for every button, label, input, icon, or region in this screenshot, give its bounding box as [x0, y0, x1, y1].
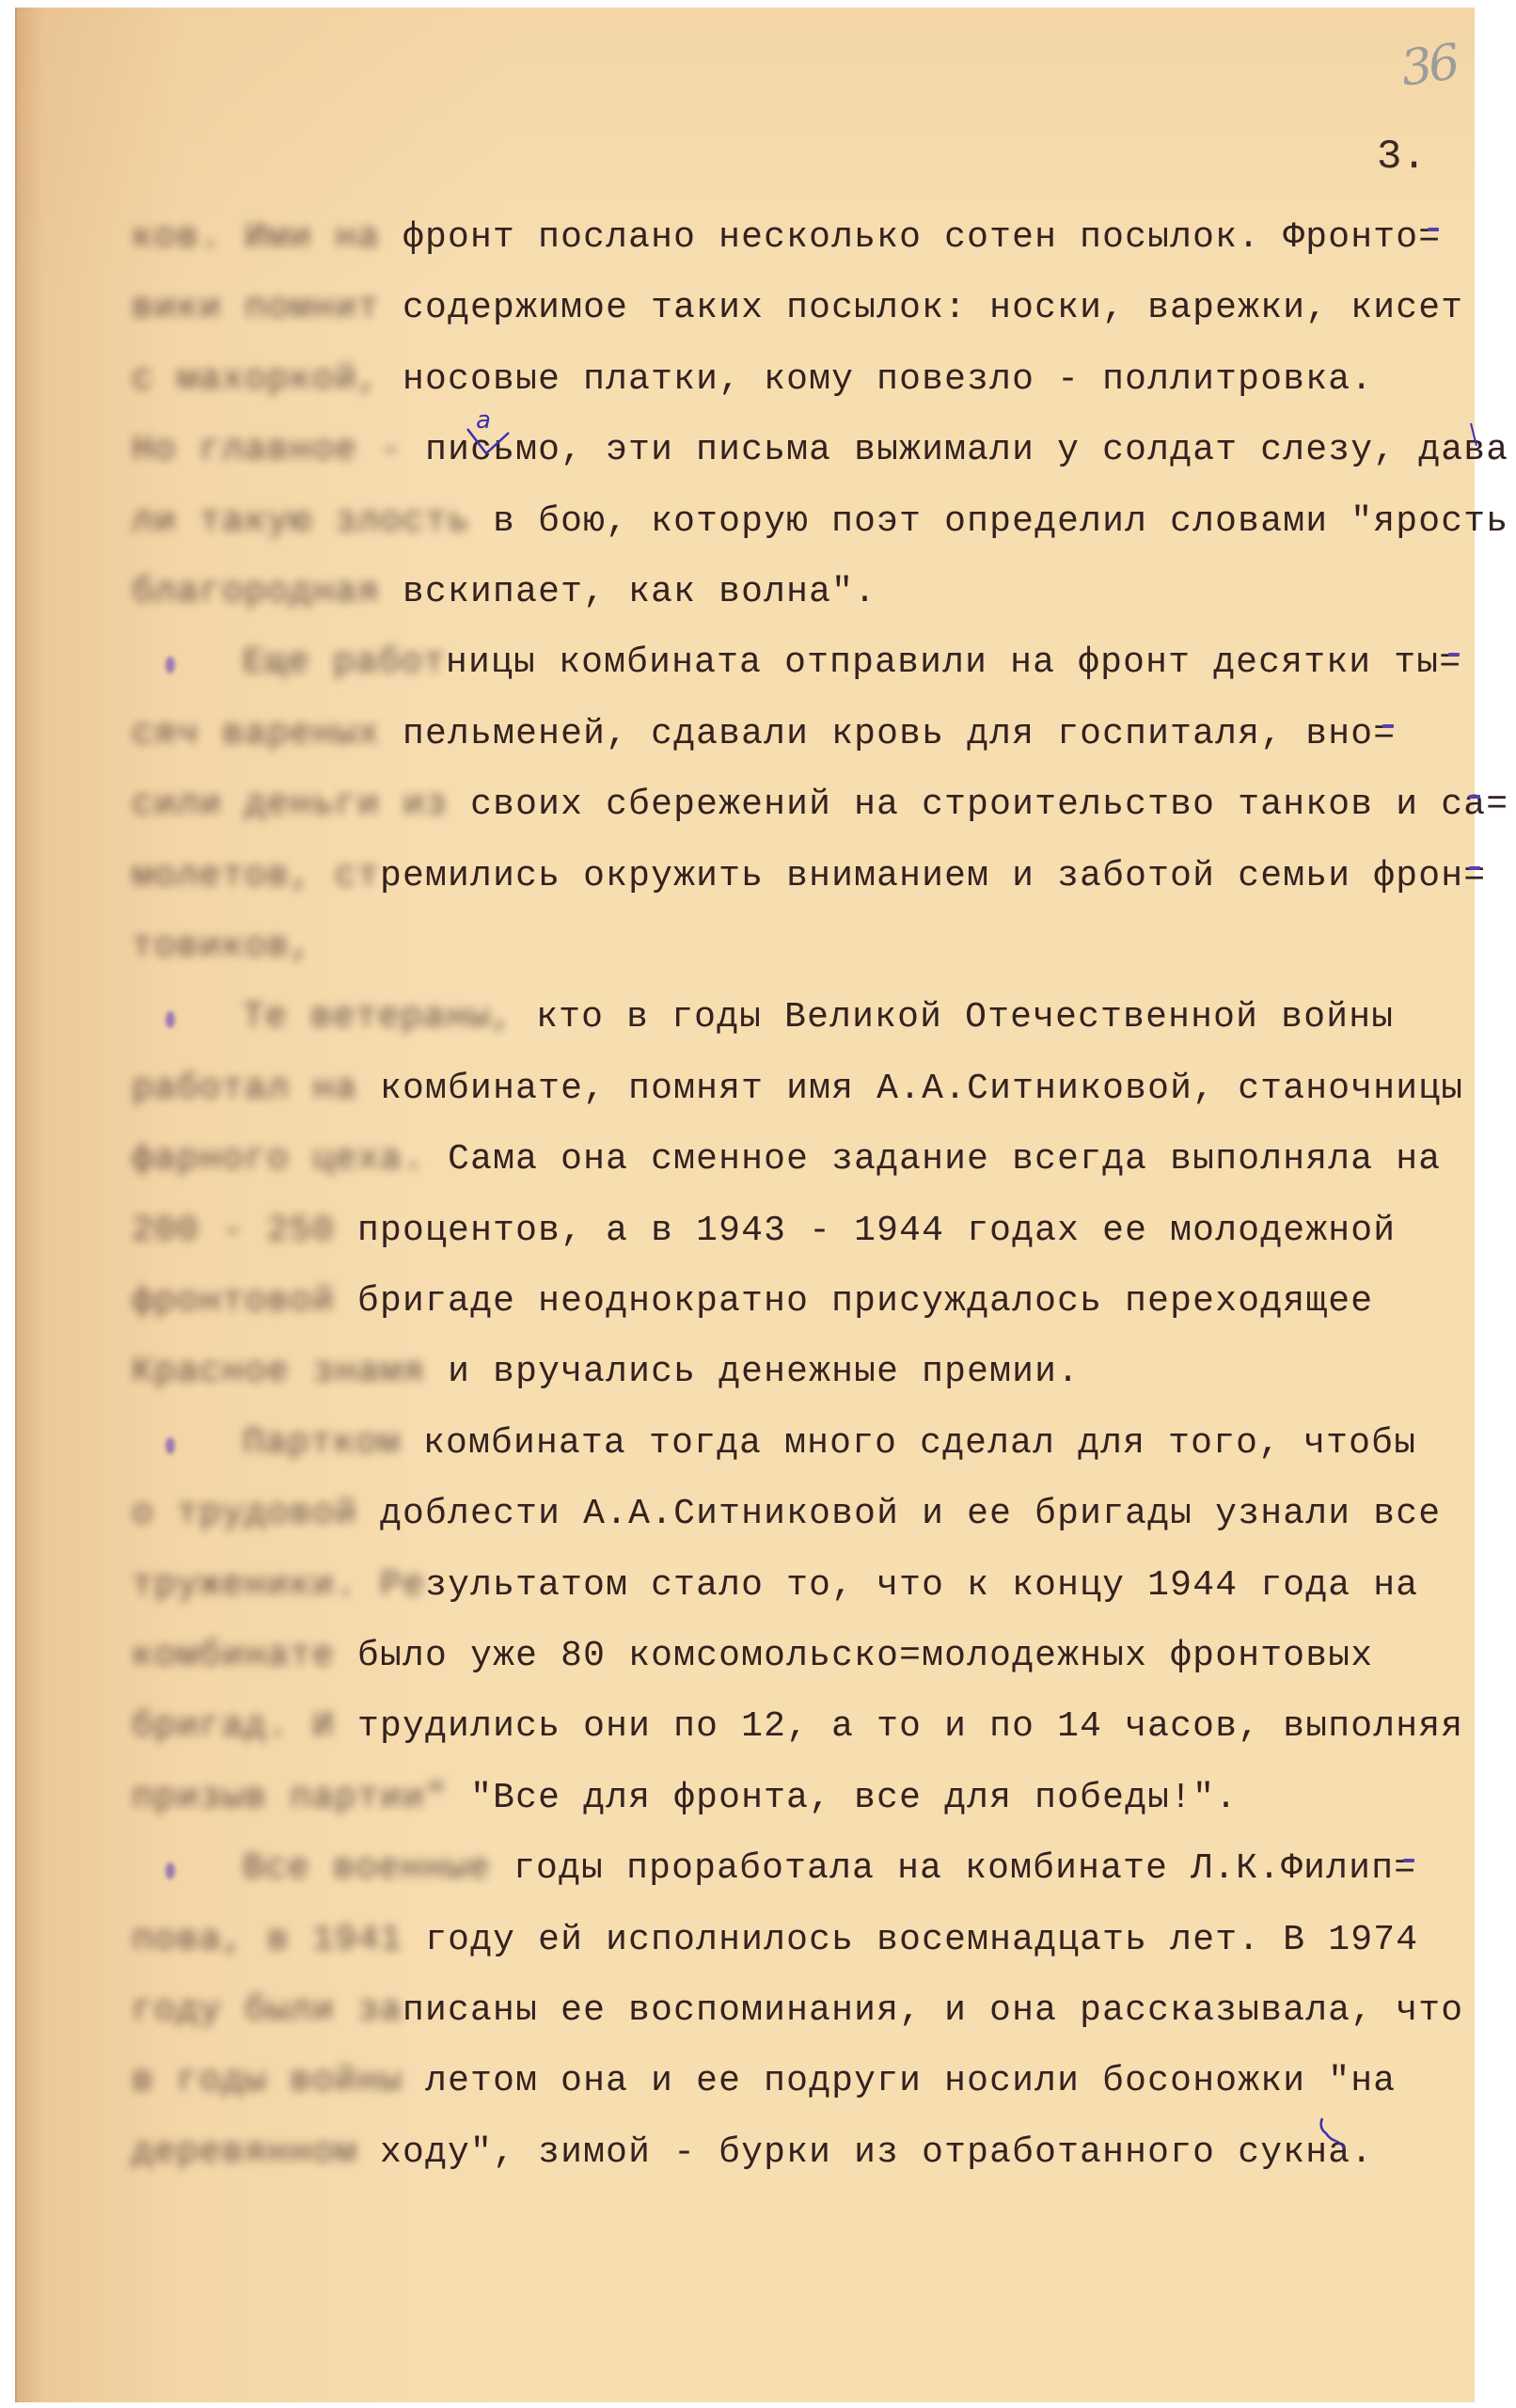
line-text: ницы комбината отправили на фронт десятк…	[446, 642, 1461, 683]
redacted-text: деревянном	[132, 2132, 380, 2173]
line-text: писаны ее воспоминания, и она рассказыва…	[403, 1990, 1463, 2031]
redacted-text: Партком	[243, 1423, 423, 1464]
line-text: и вручались денежные премии.	[448, 1352, 1080, 1392]
redacted-text: благородная	[132, 572, 403, 612]
redacted-text: пова, в 1941	[132, 1920, 425, 1960]
line-text: году ей исполнилось восемнадцать лет. В …	[425, 1920, 1418, 1960]
pen-correction-mark-icon	[1469, 421, 1478, 450]
text-line: Партком комбината тогда много сделал для…	[132, 1420, 1416, 1467]
text-line: о трудовой доблести А.А.Ситниковой и ее …	[132, 1491, 1441, 1538]
line-text: летом она и ее подруги носили босоножки …	[425, 2061, 1396, 2101]
text-line: с махоркой, носовые платки, кому повезло…	[132, 356, 1373, 404]
hyphen-mark-icon	[1403, 1859, 1414, 1862]
text-line: вики помнит содержимое таких посылок: но…	[132, 285, 1463, 332]
redacted-text: труженики. Ре	[132, 1565, 425, 1606]
hyphen-mark-icon	[1382, 724, 1394, 728]
text-line: благородная вскипает, как волна".	[132, 569, 876, 616]
line-text: зультатом стало то, что к концу 1944 год…	[425, 1565, 1418, 1606]
line-text: комбинате, помнят имя А.А.Ситниковой, ст…	[380, 1069, 1463, 1109]
line-text: "Все для фронта, все для победы!".	[470, 1778, 1238, 1818]
line-text: бригаде неоднократно присуждалось перехо…	[357, 1281, 1373, 1322]
line-text: Сама она сменное задание всегда выполнял…	[448, 1139, 1441, 1180]
line-text: носовые платки, кому повезло - поллитров…	[403, 359, 1373, 400]
text-line: ков. Ими на фронт послано несколько соте…	[132, 214, 1441, 261]
line-text: письмо, эти письма выжимали у солдат сле…	[425, 430, 1508, 470]
hyphen-mark-icon	[1469, 795, 1480, 799]
text-line: Но главное - письмо, эти письма выжимали…	[132, 427, 1508, 474]
text-line: сяч вареных пельменей, сдавали кровь для…	[132, 711, 1396, 758]
line-text: пельменей, сдавали кровь для госпиталя, …	[403, 714, 1396, 754]
redacted-text: фарного цеха.	[132, 1139, 448, 1180]
hyphen-mark-icon	[1469, 866, 1480, 870]
redacted-text: о трудовой	[132, 1494, 380, 1534]
redacted-text: 200 - 250	[132, 1211, 357, 1251]
text-line: в годы войны летом она и ее подруги носи…	[132, 2058, 1396, 2105]
text-line: труженики. Результатом стало то, что к к…	[132, 1562, 1418, 1609]
redacted-text: комбинате	[132, 1636, 357, 1676]
text-line: фарного цеха. Сама она сменное задание в…	[132, 1136, 1441, 1183]
archive-sheet-number: 36	[1398, 34, 1460, 98]
redacted-text: Но главное -	[132, 430, 425, 470]
text-line: году были записаны ее воспоминания, и он…	[132, 1988, 1463, 2035]
text-line: комбинате было уже 80 комсомольско=молод…	[132, 1633, 1373, 1680]
pen-correction-check-icon	[466, 425, 513, 457]
redacted-text: в годы войны	[132, 2061, 425, 2101]
line-text: трудились они по 12, а то и по 14 часов,…	[357, 1706, 1463, 1747]
redacted-text: Те ветераны,	[243, 997, 536, 1038]
line-text: ходу", зимой - бурки из отработанного су…	[380, 2132, 1373, 2173]
line-text: комбината тогда много сделал для того, ч…	[423, 1423, 1416, 1464]
line-text: содержимое таких посылок: носки, варежки…	[403, 288, 1463, 328]
text-line: работал на комбинате, помнят имя А.А.Сит…	[132, 1066, 1463, 1113]
text-line: пова, в 1941 году ей исполнилось восемна…	[132, 1917, 1418, 1964]
line-text: процентов, а в 1943 - 1944 годах ее моло…	[357, 1211, 1396, 1251]
text-line: бригад. И трудились они по 12, а то и по…	[132, 1703, 1463, 1751]
redacted-text: товиков,	[132, 927, 312, 967]
redacted-text: сили деньги из	[132, 784, 470, 825]
text-line: призыв партии" "Все для фронта, все для …	[132, 1775, 1238, 1822]
line-text: своих сбережений на строительство танков…	[470, 784, 1508, 825]
paragraph-mark-icon	[166, 1437, 175, 1454]
text-line: 200 - 250 процентов, а в 1943 - 1944 год…	[132, 1208, 1396, 1255]
line-text: фронт послано несколько сотен посылок. Ф…	[403, 217, 1441, 258]
text-line: Красное знамя и вручались денежные преми…	[132, 1349, 1080, 1396]
line-text: было уже 80 комсомольско=молодежных фрон…	[357, 1636, 1373, 1676]
redacted-text: Красное знамя	[132, 1352, 448, 1392]
text-line: Еще работницы комбината отправили на фро…	[132, 640, 1461, 687]
redacted-text: ков. Ими на	[132, 217, 403, 258]
page-number: 3.	[1377, 134, 1427, 181]
redacted-text: молетов, ст	[132, 856, 380, 896]
redacted-text: Еще работ	[243, 642, 446, 683]
redacted-text: бригад. И	[132, 1706, 357, 1747]
line-text: в бою, которую поэт определил словами "я…	[493, 501, 1508, 542]
text-line: молетов, стремились окружить вниманием и…	[132, 853, 1486, 900]
hyphen-mark-icon	[1448, 653, 1460, 657]
redacted-text: сяч вареных	[132, 714, 403, 754]
redacted-text: вики помнит	[132, 288, 403, 328]
redacted-text: работал на	[132, 1069, 380, 1109]
text-line: деревянном ходу", зимой - бурки из отраб…	[132, 2130, 1373, 2177]
text-line: товиков,	[132, 924, 312, 971]
redacted-text: ли такую злость	[132, 501, 493, 542]
line-text: годы проработала на комбинате Л.К.Филип=	[513, 1848, 1416, 1889]
redacted-text: году были за	[132, 1990, 403, 2031]
redacted-text: фронтовой	[132, 1281, 357, 1322]
redacted-text: с махоркой,	[132, 359, 403, 400]
text-line: сили деньги из своих сбережений на строи…	[132, 782, 1508, 829]
line-text: ремились окружить вниманием и заботой се…	[380, 856, 1486, 896]
hyphen-mark-icon	[1428, 228, 1439, 231]
text-line: фронтовой бригаде неоднократно присуждал…	[132, 1278, 1373, 1325]
text-line: ли такую злость в бою, которую поэт опре…	[132, 499, 1508, 546]
pen-squiggle-icon	[1317, 2115, 1350, 2152]
text-line: Те ветераны, кто в годы Великой Отечеств…	[132, 994, 1394, 1041]
line-text: вскипает, как волна".	[403, 572, 876, 612]
line-text: кто в годы Великой Отечественной войны	[536, 997, 1394, 1038]
redacted-text: Все военные	[243, 1848, 513, 1889]
line-text: доблести А.А.Ситниковой и ее бригады узн…	[380, 1494, 1441, 1534]
text-line: Все военные годы проработала на комбинат…	[132, 1846, 1416, 1893]
redacted-text: призыв партии"	[132, 1778, 470, 1818]
